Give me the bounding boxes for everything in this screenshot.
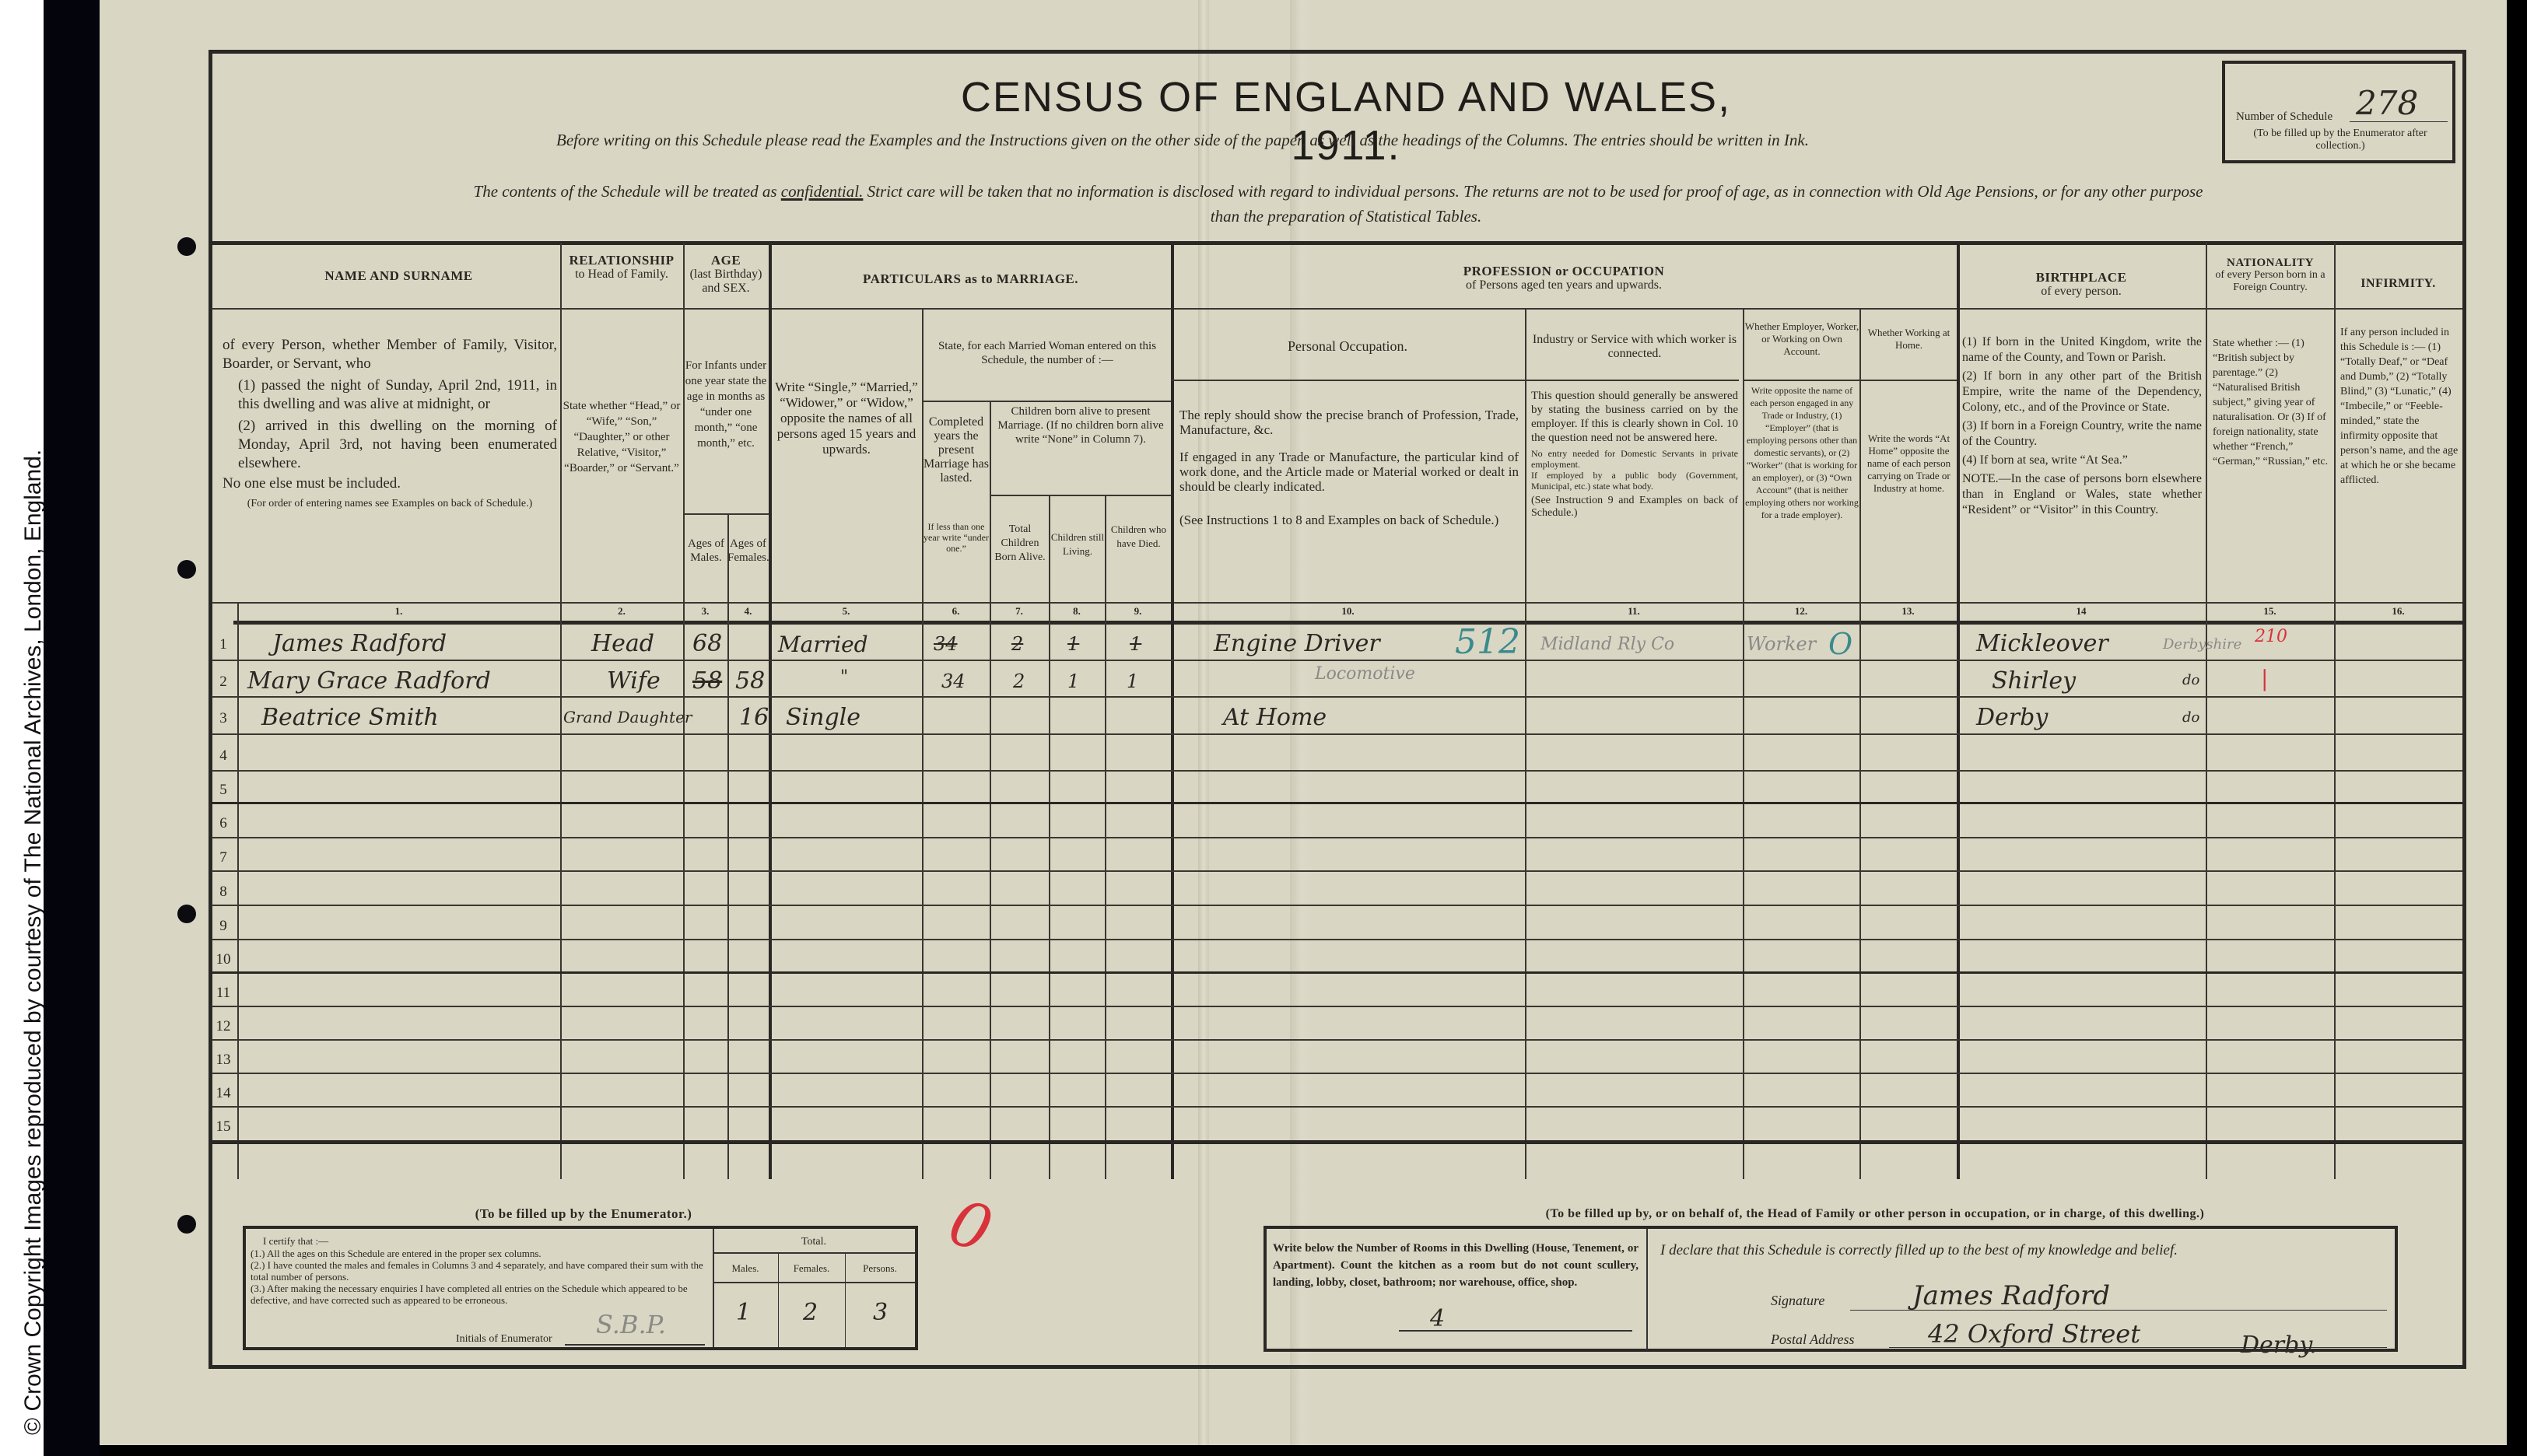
table-top-rule (212, 241, 2462, 245)
persons-label: Persons. (845, 1262, 915, 1276)
col-divider (237, 602, 239, 1179)
postal-address-label: Postal Address (1771, 1332, 1855, 1347)
col14-desc: (1) If born in the United Kingdom, write… (1962, 334, 2202, 518)
row-rule (212, 802, 2462, 804)
age-subrule (683, 513, 769, 515)
row3-county: do (2182, 709, 2199, 726)
col2-desc: State whether “Head,” or “Wife,” “Son,” … (562, 398, 682, 476)
row2-age-female: 58 (735, 667, 765, 695)
col4-females-label: Ages of Females. (727, 537, 769, 565)
col-number: 12. (1743, 605, 1859, 621)
copyright-strip: © Crown Copyright Images reproduced by c… (0, 0, 44, 1456)
schedule-number-value: 278 (2356, 84, 2418, 122)
row-number: 13 (212, 1052, 235, 1069)
col10-title: Personal Occupation. (1172, 339, 1523, 353)
row-rule (212, 1039, 2462, 1041)
row-rule (212, 939, 2462, 940)
col5-9-heading: PARTICULARS as to MARRIAGE. (770, 272, 1171, 286)
enumerator-heading: (To be filled up by the Enumerator.) (233, 1207, 934, 1221)
punch-hole-icon (177, 905, 196, 923)
col16-desc: If any person included in this Schedule … (2340, 325, 2459, 488)
total-males: 1 (736, 1299, 751, 1326)
col-number: 2. (560, 605, 683, 621)
row1-years-married: 34 (934, 633, 958, 655)
schedule-number-note: (To be filled up by the Enumerator after… (2231, 128, 2449, 152)
row-rule (212, 905, 2462, 906)
males-label: Males. (713, 1262, 778, 1276)
row3-marriage: Single (786, 704, 860, 731)
col-number: 14 (1957, 605, 2206, 621)
declaration: I declare that this Schedule is correctl… (1660, 1243, 2178, 1258)
row2-birth-code: | (2261, 666, 2268, 691)
row1-birth-code: 210 (2255, 627, 2287, 646)
row-number: 3 (212, 710, 235, 727)
col-divider (1525, 308, 1526, 1179)
col12-title: Whether Employer, Worker, or Working on … (1744, 320, 1859, 358)
schedule-number-box: Number of Schedule 278 (To be filled up … (2222, 61, 2455, 163)
row-rule (212, 1073, 2462, 1074)
row-number: 14 (212, 1085, 235, 1102)
row-rule (212, 1106, 2462, 1108)
row-number: 1 (212, 636, 235, 653)
col8-desc: Children still Living. (1050, 530, 1105, 558)
col-number: 1. (237, 605, 560, 621)
row-number: 9 (212, 918, 235, 935)
col3-males-label: Ages of Males. (685, 537, 727, 565)
col1-desc: of every Person, whether Member of Famil… (223, 336, 557, 510)
rooms-instruction: Write below the Number of Rooms in this … (1273, 1240, 1639, 1291)
header-rule (212, 308, 2462, 310)
col3-desc: For Infants under one year state the age… (685, 358, 767, 451)
row2-marriage: " (840, 667, 848, 687)
col11-desc: This question should generally be answer… (1531, 389, 1738, 520)
instruction-line: Before writing on this Schedule please r… (513, 131, 1852, 150)
row2-age-male-struck: 58 (692, 667, 722, 695)
row3-birthplace: Derby (1976, 704, 2048, 731)
marriage-subrule (922, 401, 1171, 402)
col15-desc: State whether :— (1) “British subject by… (2213, 336, 2329, 469)
row-rule (212, 733, 2462, 735)
scan-border (44, 0, 100, 1456)
col10-13-heading: PROFESSION or OCCUPATIONof Persons aged … (1171, 264, 1957, 292)
row1-employer-status: Worker (1747, 633, 1816, 655)
col5-desc: Write “Single,” “Married,” “Widower,” or… (772, 380, 921, 457)
signature: James Radford (1912, 1280, 2110, 1311)
initials-label: Initials of Enumerator (456, 1333, 552, 1346)
row-number: 8 (212, 884, 235, 901)
col-number: 3. (683, 605, 727, 621)
row-rule (212, 1006, 2462, 1007)
col12-desc: Write opposite the name of each person e… (1744, 384, 1859, 521)
occupation-subrule (1171, 380, 1739, 381)
row3-age-female: 16 (739, 704, 769, 731)
punch-hole-icon (177, 1215, 196, 1234)
col3-heading: AGE(last Birthday) and SEX. (683, 254, 769, 296)
postal-address-line2: Derby. (2241, 1332, 2317, 1359)
row-number: 2 (212, 674, 235, 691)
row3-name: Beatrice Smith (261, 704, 439, 731)
punch-hole-icon (177, 560, 196, 579)
total-persons: 3 (873, 1299, 888, 1326)
row1-born-alive: 2 (1011, 633, 1023, 655)
females-label: Females. (778, 1262, 845, 1276)
row1-marriage: Married (778, 632, 868, 657)
schedule-number-label: Number of Schedule (2236, 110, 2332, 124)
col-number: 13. (1859, 605, 1957, 621)
row-rule (212, 770, 2462, 772)
col7-9-group: Children born alive to present Marriage.… (991, 404, 1170, 446)
row2-living: 1 (1067, 670, 1079, 692)
col-divider (990, 401, 991, 1179)
row-number: 7 (212, 849, 235, 866)
schedule-frame (209, 50, 2466, 1369)
row1-living: 1 (1067, 633, 1079, 655)
col-number: 9. (1105, 605, 1171, 621)
postal-address-line1: 42 Oxford Street (1928, 1319, 2140, 1349)
col14-heading: BIRTHPLACEof every person. (1957, 271, 2206, 299)
col6-desc: Completed years the present Marriage has… (923, 415, 990, 485)
col-number: 11. (1525, 605, 1743, 621)
enumerator-initials: S.B.P. (596, 1310, 666, 1339)
confidential-word: confidential. (781, 182, 864, 201)
row1-relationship: Head (591, 630, 654, 657)
row-rule (212, 696, 2462, 698)
enumerator-box: I certify that :— (1.) All the ages on t… (243, 1226, 918, 1350)
employment-subrule (1743, 380, 1957, 381)
col-number: 6. (922, 605, 990, 621)
col13-title: Whether Working at Home. (1861, 327, 1957, 352)
row2-name: Mary Grace Radford (247, 667, 491, 695)
colnum-rule (233, 621, 2462, 625)
col-number: 10. (1171, 605, 1525, 621)
col-number: 16. (2334, 605, 2462, 621)
col10-desc: The reply should show the precise branch… (1179, 408, 1519, 527)
col-number: 5. (770, 605, 922, 621)
row2-years-married: 34 (941, 670, 966, 692)
col16-heading: INFIRMITY. (2334, 277, 2462, 291)
row3-occupation: At Home (1223, 704, 1327, 731)
row1-age-male: 68 (692, 630, 722, 657)
total-label: Total. (713, 1235, 915, 1249)
col-number: 8. (1049, 605, 1105, 621)
col7-desc: Total Children Born Alive. (991, 523, 1049, 565)
rooms-count: 4 (1430, 1305, 1445, 1332)
children-subrule (990, 495, 1171, 496)
col15-heading: NATIONALITYof every Person born in a For… (2206, 257, 2334, 294)
row-number: 12 (212, 1018, 235, 1035)
row2-birthplace: Shirley (1992, 667, 2076, 695)
row-number: 15 (212, 1118, 235, 1136)
row-number: 6 (212, 815, 235, 832)
householder-box: Write below the Number of Rooms in this … (1263, 1226, 2398, 1352)
row1-county: Derbyshire (2163, 636, 2241, 653)
row-number: 5 (212, 782, 235, 799)
householder-heading: (To be filled up by, or on behalf of, th… (1292, 1207, 2459, 1221)
col-number: 4. (727, 605, 769, 621)
row2-died: 1 (1127, 670, 1138, 692)
row-rule (212, 870, 2462, 872)
row1-status-code: O (1828, 627, 1852, 661)
col2-heading: RELATIONSHIPto Head of Family. (560, 254, 683, 282)
row3-relationship: Grand Daughter (563, 708, 692, 726)
row1-name: James Radford (272, 630, 447, 657)
page-title: CENSUS OF ENGLAND AND WALES, 1911. (902, 73, 1789, 170)
row-number: 10 (212, 951, 235, 968)
row-rule (212, 971, 2462, 974)
punch-hole-icon (177, 237, 196, 256)
row1-occupation: Engine Driver (1214, 630, 1380, 657)
col6-9-group: State, for each Married Woman entered on… (924, 339, 1170, 367)
total-females: 2 (803, 1299, 818, 1326)
col-number: 7. (990, 605, 1049, 621)
row-rule (212, 837, 2462, 838)
col13-desc: Write the words “At Home” opposite the n… (1861, 432, 1957, 495)
row2-relationship: Wife (607, 667, 661, 695)
col1-heading: NAME AND SURNAME (237, 269, 560, 283)
subheader-rule (212, 602, 2462, 604)
row2-born-alive: 2 (1013, 670, 1025, 692)
row-rule (212, 660, 2462, 661)
confidential-line-2: than the preparation of Statistical Tabl… (1011, 207, 1681, 226)
col6-note: If less than one year write “under one.” (923, 521, 990, 554)
row1-died: 1 (1130, 633, 1141, 655)
copyright-text: © Crown Copyright Images reproduced by c… (22, 450, 45, 1435)
signature-label: Signature (1771, 1293, 1824, 1308)
col11-title: Industry or Service with which worker is… (1528, 333, 1741, 361)
row-number: 4 (212, 747, 235, 765)
row1-industry: Midland Rly Co (1540, 635, 1674, 654)
row2-county: do (2182, 672, 2199, 688)
row1-birthplace: Mickleover (1976, 630, 2108, 657)
row-number: 11 (212, 985, 235, 1002)
row1-occupation-code: 512 (1455, 622, 1520, 662)
col9-desc: Children who have Died. (1106, 523, 1171, 551)
col-number: 15. (2206, 605, 2334, 621)
table-bottom-rule (209, 1140, 2466, 1144)
row1-occupation-note: Locomotive (1315, 664, 1415, 684)
confidential-line: The contents of the Schedule will be tre… (233, 182, 2443, 201)
